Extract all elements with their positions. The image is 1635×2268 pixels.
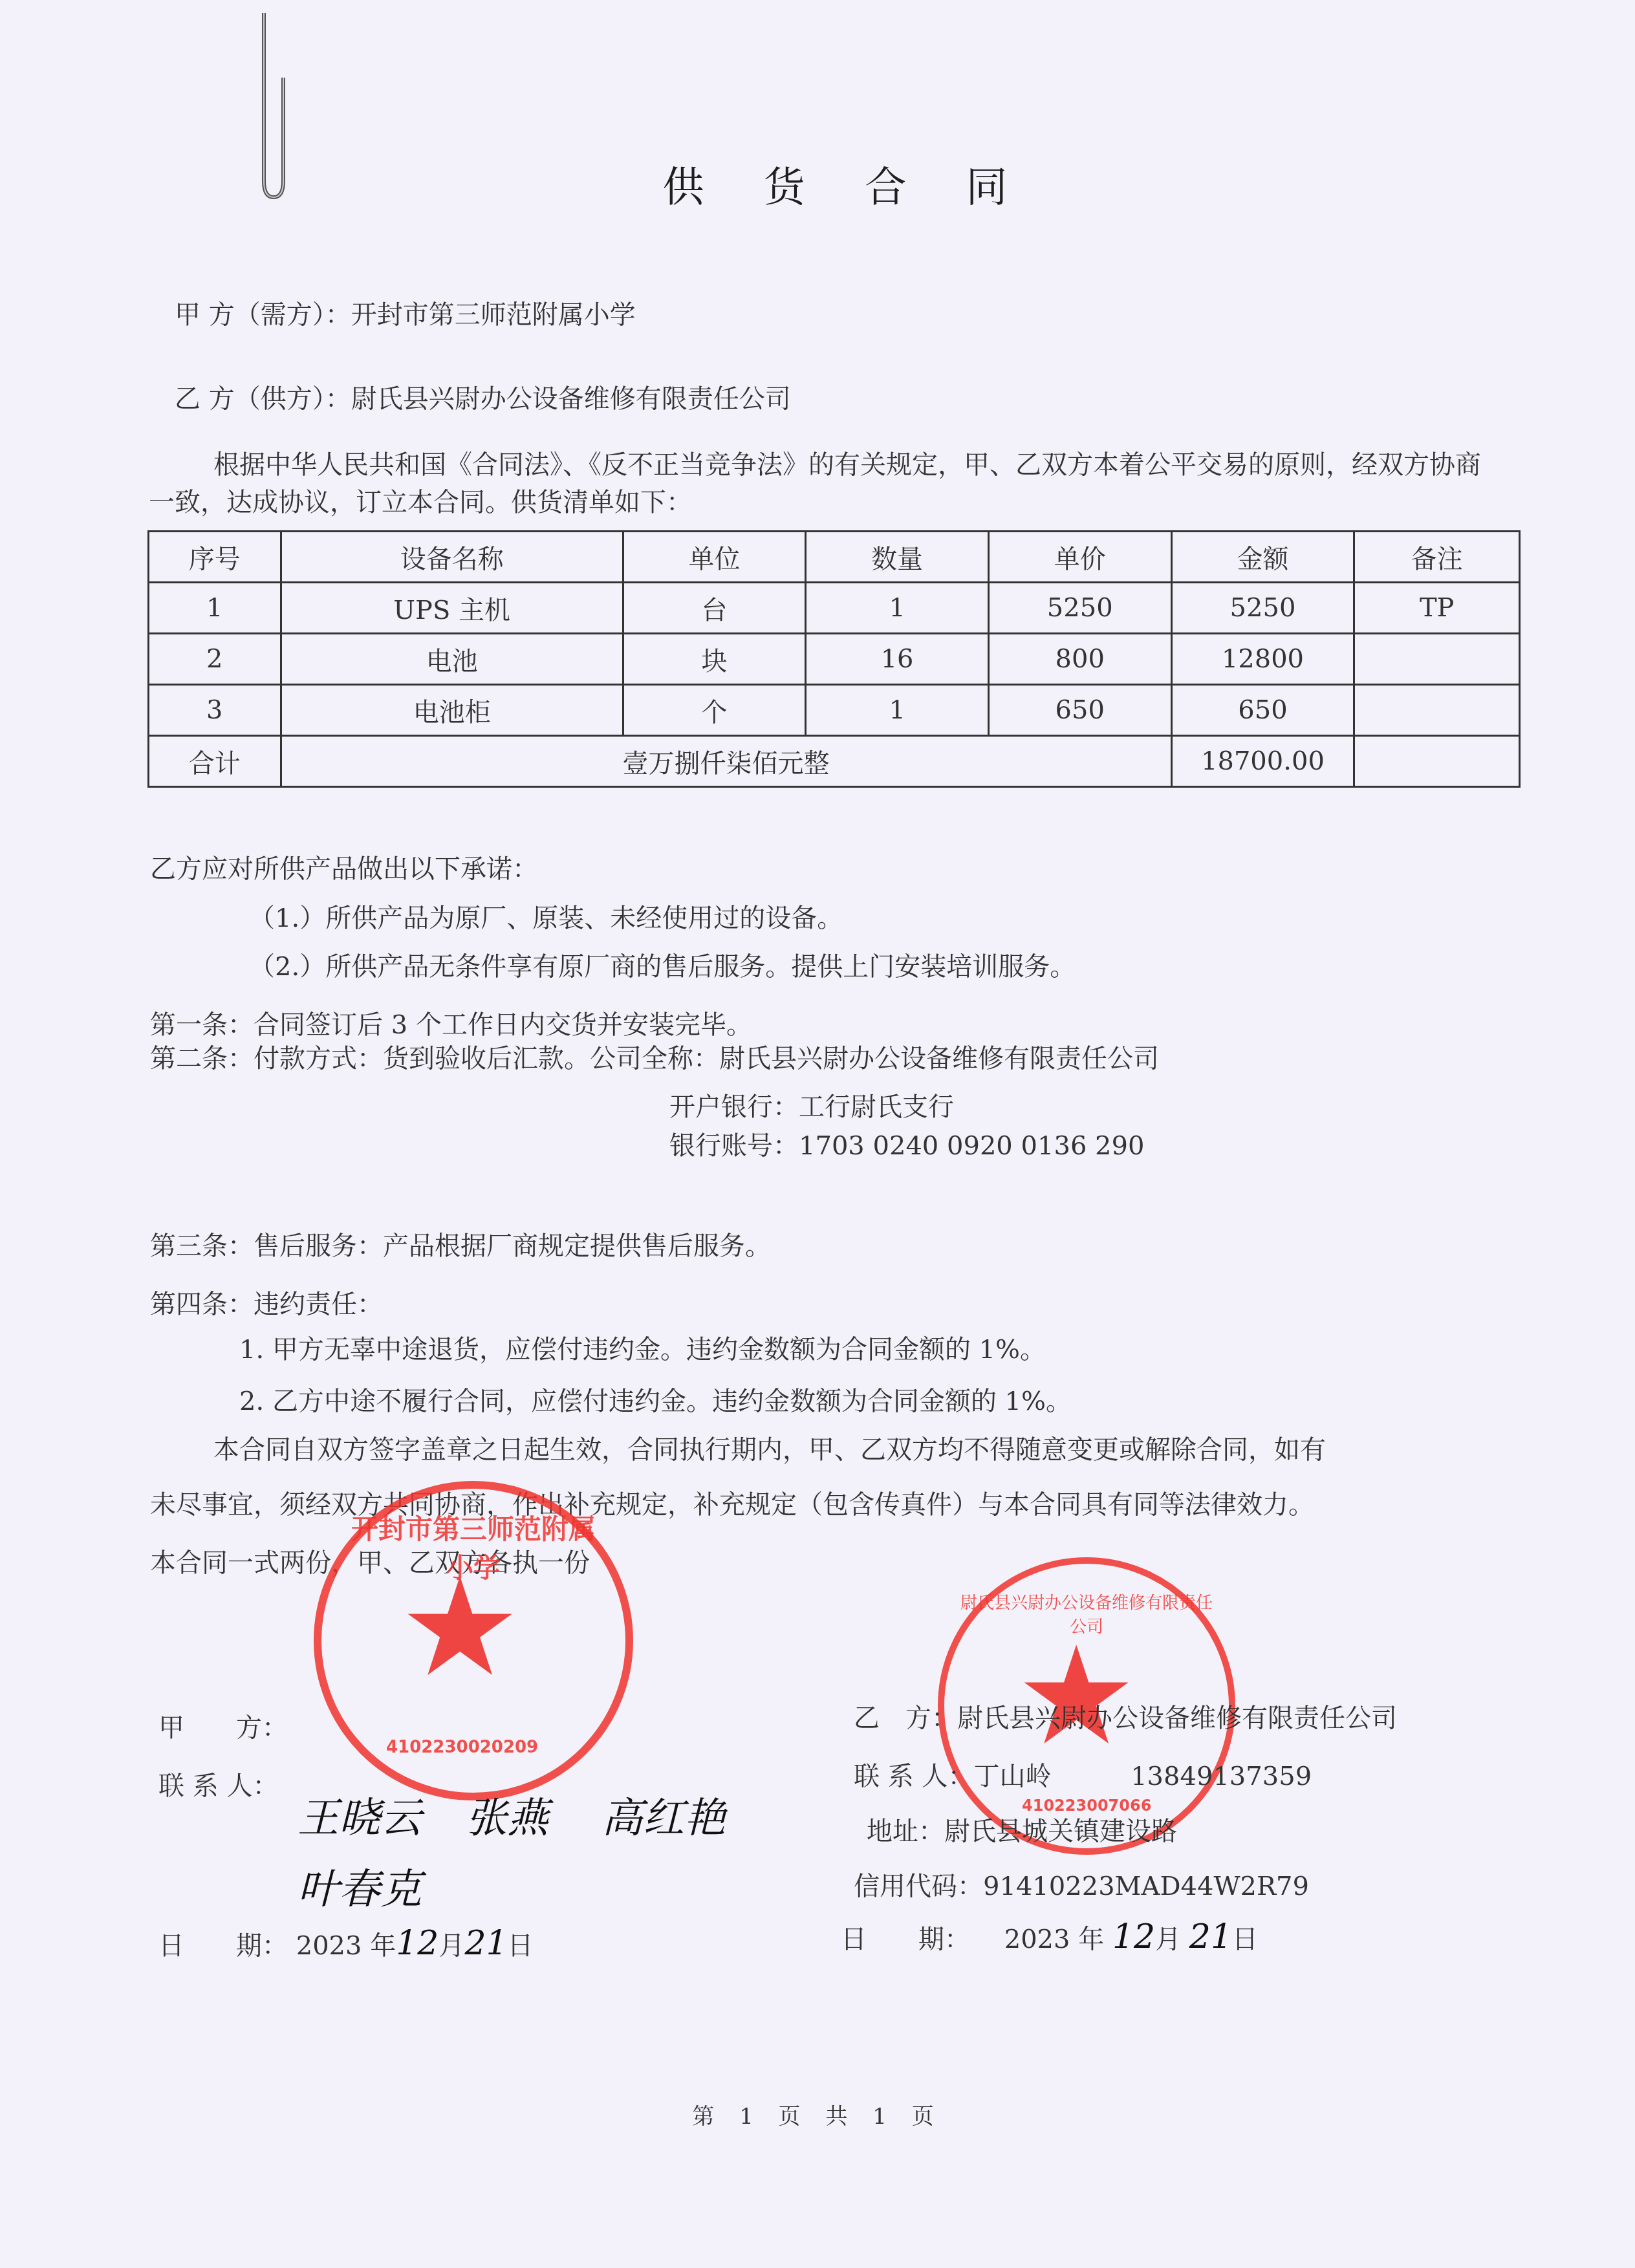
header-cell: 单价 xyxy=(988,532,1171,583)
cell-amount: 12800 xyxy=(1171,634,1354,685)
contact-phone: 13849137359 xyxy=(1131,1762,1312,1791)
handwritten-signature: 高红艳 xyxy=(601,1785,726,1844)
party-a-label: 甲 方： xyxy=(158,1707,288,1744)
cell-note xyxy=(1354,634,1520,685)
header-cell: 金额 xyxy=(1171,532,1354,583)
cell-qty: 16 xyxy=(806,634,989,685)
show-through-text xyxy=(614,233,629,283)
table-total-row: 合计 壹万捌仟柒佰元整 18700.00 xyxy=(149,736,1520,787)
stamp-a-code: 4102230020209 xyxy=(386,1738,538,1757)
cell-unit: 个 xyxy=(623,685,806,736)
table-row: 3 电池柜 个 1 650 650 xyxy=(149,685,1520,736)
month-char: 月 xyxy=(1155,1925,1181,1954)
commitment-item: （2.）所供产品无条件享有原厂商的售后服务。提供上门安装培训服务。 xyxy=(249,946,1076,983)
cell-name: 电池 xyxy=(281,634,623,685)
total-amount: 18700.00 xyxy=(1171,736,1354,787)
clause-4: 第四条：违约责任： xyxy=(150,1284,383,1321)
cell-qty: 1 xyxy=(806,583,989,634)
stamp-a-text: 开封市第三师范附属小学 xyxy=(347,1508,600,1586)
party-b-credit-code: 信用代码：91410223MAD44W2R79 xyxy=(854,1866,1309,1903)
clause-1: 第一条：合同签订后 3 个工作日内交货并安装完毕。 xyxy=(150,1004,752,1041)
commitments-heading: 乙方应对所供产品做出以下承诺： xyxy=(150,848,538,885)
date-label: 日 期： xyxy=(841,1925,970,1954)
handwritten-signature: 张燕 xyxy=(466,1785,548,1844)
document-title: 供 货 合 同 xyxy=(0,154,1635,213)
header-cell: 数量 xyxy=(806,532,989,583)
cell-name: UPS 主机 xyxy=(281,583,623,634)
cell-unit: 块 xyxy=(623,634,806,685)
cell-note: TP xyxy=(1354,583,1520,634)
clause-4-item-2: 2. 乙方中途不履行合同，应偿付违约金。违约金数额为合同金额的 1%。 xyxy=(239,1381,1072,1418)
party-a-date: 日 期： 2023 年12月21日 xyxy=(158,1924,534,1963)
party-b-address: 地址：尉氏县城关镇建设路 xyxy=(867,1811,1177,1848)
party-b-contact: 联 系 人：丁山岭 13849137359 xyxy=(854,1756,1312,1793)
total-label: 合计 xyxy=(149,736,281,787)
bank-name: 开户银行：工行尉氏支行 xyxy=(669,1086,954,1123)
party-b-line: 乙 方（供方）：尉氏县兴尉办公设备维修有限责任公司 xyxy=(175,378,791,415)
cell-unit: 台 xyxy=(623,583,806,634)
star-icon: ★ xyxy=(1015,1628,1137,1764)
party-b-label: 乙 方：尉氏县兴尉办公设备维修有限责任公司 xyxy=(854,1698,1397,1734)
header-cell: 备注 xyxy=(1354,532,1520,583)
effect-line-2: 未尽事宜，须经双方共同协商，作出补充规定，补充规定（包含传真件）与本合同具有同等… xyxy=(150,1484,1314,1521)
header-cell: 序号 xyxy=(149,532,281,583)
party-a-contact-label: 联 系 人： xyxy=(158,1766,278,1802)
day-char: 日 xyxy=(1232,1925,1258,1954)
month-char: 月 xyxy=(439,1931,464,1961)
table-row: 1 UPS 主机 台 1 5250 5250 TP xyxy=(149,583,1520,634)
bank-account: 银行账号：1703 0240 0920 0136 290 xyxy=(669,1125,1144,1162)
clause-3: 第三条：售后服务：产品根据厂商规定提供售后服务。 xyxy=(150,1226,771,1262)
date-month-handwritten: 12 xyxy=(396,1924,439,1963)
cell-amount: 650 xyxy=(1171,685,1354,736)
clause-2: 第二条：付款方式：货到验收后汇款。公司全称：尉氏县兴尉办公设备维修有限责任公司 xyxy=(150,1038,1159,1075)
total-in-words: 壹万捌仟柒佰元整 xyxy=(281,736,1171,787)
cell-name: 电池柜 xyxy=(281,685,623,736)
cell-no: 2 xyxy=(149,634,281,685)
cell-price: 650 xyxy=(988,685,1171,736)
date-year: 2023 年 xyxy=(296,1931,396,1961)
party-a-line: 甲 方（需方）：开封市第三师范附属小学 xyxy=(175,294,636,331)
table-header-row: 序号 设备名称 单位 数量 单价 金额 备注 xyxy=(149,532,1520,583)
cell-no: 1 xyxy=(149,583,281,634)
date-day-handwritten: 21 xyxy=(464,1924,507,1963)
date-day-handwritten: 21 xyxy=(1189,1917,1232,1956)
day-char: 日 xyxy=(508,1931,534,1961)
cell-price: 800 xyxy=(988,634,1171,685)
commitment-item: （1.）所供产品为原厂、原装、未经使用过的设备。 xyxy=(249,898,843,934)
party-a-stamp: ★ 开封市第三师范附属小学 4102230020209 xyxy=(314,1481,633,1800)
contract-page: 供 货 合 同 甲 方（需方）：开封市第三师范附属小学 乙 方（供方）：尉氏县兴… xyxy=(0,0,1635,2268)
cell-price: 5250 xyxy=(988,583,1171,634)
cell-no: 3 xyxy=(149,685,281,736)
table-row: 2 电池 块 16 800 12800 xyxy=(149,634,1520,685)
stamp-b-text: 尉氏县兴尉办公设备维修有限责任公司 xyxy=(957,1590,1216,1637)
total-note xyxy=(1354,736,1520,787)
page-footer: 第 1 页 共 1 页 xyxy=(0,2099,1635,2130)
cell-qty: 1 xyxy=(806,685,989,736)
date-month-handwritten: 12 xyxy=(1112,1917,1155,1956)
clause-4-item-1: 1. 甲方无辜中途退货，应偿付违约金。违约金数额为合同金额的 1%。 xyxy=(239,1329,1046,1366)
cell-amount: 5250 xyxy=(1171,583,1354,634)
handwritten-signature: 叶春克 xyxy=(298,1856,422,1916)
cell-note xyxy=(1354,685,1520,736)
date-label: 日 期： xyxy=(158,1931,288,1961)
handwritten-signature: 王晓云 xyxy=(298,1785,422,1844)
header-cell: 设备名称 xyxy=(281,532,623,583)
header-cell: 单位 xyxy=(623,532,806,583)
goods-table: 序号 设备名称 单位 数量 单价 金额 备注 1 UPS 主机 台 1 5250… xyxy=(147,530,1521,788)
contact-name: 联 系 人：丁山岭 xyxy=(854,1762,1051,1791)
effect-line-1: 本合同自双方签字盖章之日起生效，合同执行期内，甲、乙双方均不得随意变更或解除合同… xyxy=(213,1429,1326,1466)
intro-paragraph: 根据中华人民共和国《合同法》、《反不正当竞争法》的有关规定，甲、乙双方本着公平交… xyxy=(149,446,1488,521)
party-b-date: 日 期： 2023 年 12月 21日 xyxy=(841,1917,1258,1956)
date-year: 2023 年 xyxy=(1004,1925,1105,1954)
